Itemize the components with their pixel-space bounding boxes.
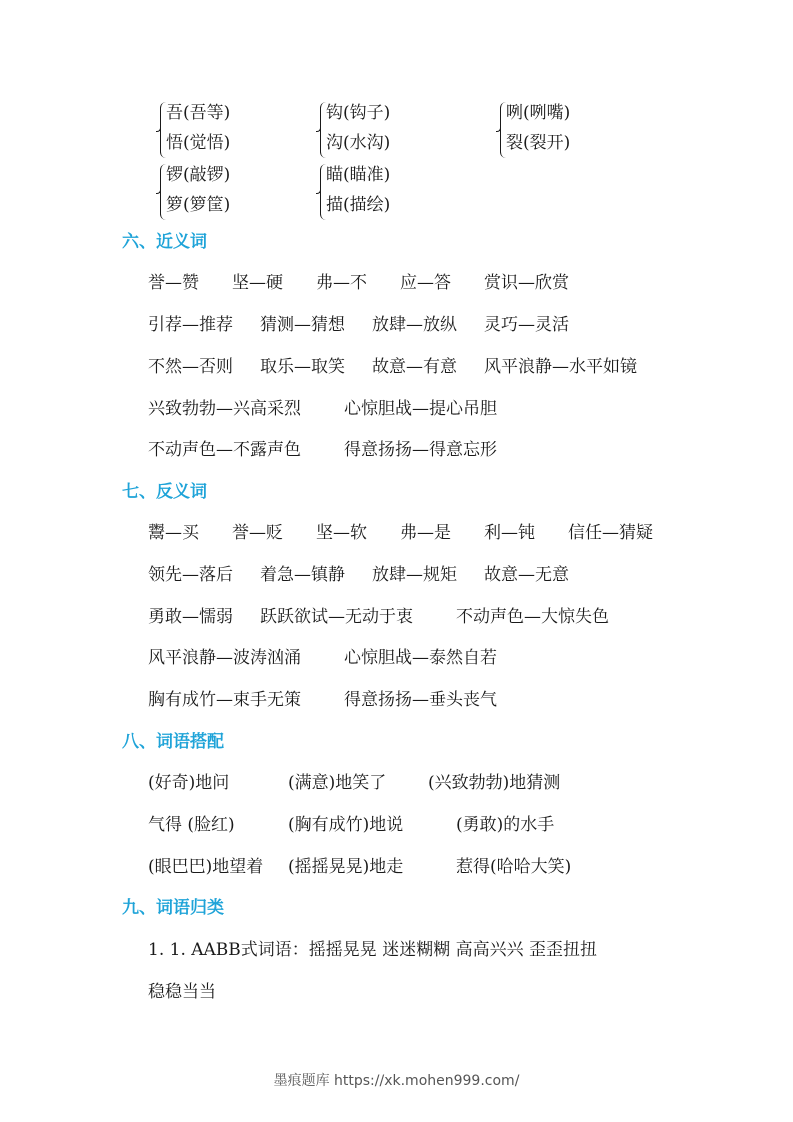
word-pair: 坚—软 — [316, 522, 367, 544]
document-page: 吾(吾等) 悟(觉悟) 钩(钩子) 沟(水沟) 咧(咧嘴) 裂(裂开) 锣(敲锣… — [0, 0, 793, 1122]
collocation: 气得 (脸红) — [148, 814, 235, 836]
polyphone-line: 瞄(瞄准) — [326, 165, 390, 185]
word-pair: 故意—有意 — [372, 356, 457, 378]
word-pair: 取乐—取笑 — [260, 356, 345, 378]
word-pair: 应—答 — [400, 272, 451, 294]
classification-line: 1. 1. AABB式词语：摇摇晃晃 迷迷糊糊 高高兴兴 歪歪扭扭 — [148, 939, 597, 961]
polyphone-line: 钩(钩子) — [326, 103, 390, 123]
word-pair: 放肆—放纵 — [372, 314, 457, 336]
word-pair: 跃跃欲试—无动于衷 — [260, 606, 413, 628]
word-pair: 利—钝 — [484, 522, 535, 544]
classification-line: 稳稳当当 — [148, 981, 216, 1003]
polyphone-line: 锣(敲锣) — [166, 165, 230, 185]
section-heading-classification: 九、词语归类 — [122, 897, 224, 919]
word-pair: 胸有成竹—束手无策 — [148, 689, 301, 711]
polyphone-line: 沟(水沟) — [326, 133, 390, 153]
word-pair: 放肆—规矩 — [372, 564, 457, 586]
word-pair: 引荐—推荐 — [148, 314, 233, 336]
word-pair: 灵巧—灵活 — [484, 314, 569, 336]
footer-watermark: 墨痕题库 https://xk.mohen999.com/ — [0, 1070, 793, 1090]
word-pair: 猜测—猜想 — [260, 314, 345, 336]
word-pair: 誉—贬 — [232, 522, 283, 544]
collocation: (摇摇晃晃)地走 — [288, 856, 403, 878]
word-pair: 弗—是 — [400, 522, 451, 544]
word-pair: 赏识—欣赏 — [484, 272, 569, 294]
word-pair: 誉—赞 — [148, 272, 199, 294]
word-pair: 不动声色—不露声色 — [148, 439, 301, 461]
section-heading-collocations: 八、词语搭配 — [122, 731, 224, 753]
polyphone-line: 咧(咧嘴) — [506, 103, 570, 123]
polyphone-line: 裂(裂开) — [506, 133, 570, 153]
collocation: (胸有成竹)地说 — [288, 814, 403, 836]
word-pair: 领先—落后 — [148, 564, 233, 586]
word-pair: 勇敢—懦弱 — [148, 606, 233, 628]
word-pair: 风平浪静—波涛汹涌 — [148, 647, 301, 669]
word-pair: 着急—镇静 — [260, 564, 345, 586]
word-pair: 心惊胆战—提心吊胆 — [344, 398, 497, 420]
collocation: (满意)地笑了 — [288, 772, 386, 794]
word-pair: 弗—不 — [316, 272, 367, 294]
word-pair: 得意扬扬—垂头丧气 — [344, 689, 497, 711]
word-pair: 鬻—买 — [148, 522, 199, 544]
collocation: (好奇)地问 — [148, 772, 229, 794]
polyphone-line: 描(描绘) — [326, 195, 390, 215]
section-heading-synonyms: 六、近义词 — [122, 231, 207, 253]
polyphone-line: 箩(箩筐) — [166, 195, 230, 215]
collocation: (眼巴巴)地望着 — [148, 856, 263, 878]
word-pair: 心惊胆战—泰然自若 — [344, 647, 497, 669]
word-pair: 得意扬扬—得意忘形 — [344, 439, 497, 461]
collocation: (兴致勃勃)地猜测 — [428, 772, 560, 794]
word-pair: 不然—否则 — [148, 356, 233, 378]
collocation: 惹得(哈哈大笑) — [456, 856, 571, 878]
polyphone-line: 吾(吾等) — [166, 103, 230, 123]
word-pair: 兴致勃勃—兴高采烈 — [148, 398, 301, 420]
word-pair: 风平浪静—水平如镜 — [484, 356, 637, 378]
word-pair: 不动声色—大惊失色 — [456, 606, 609, 628]
word-pair: 坚—硬 — [232, 272, 283, 294]
polyphone-line: 悟(觉悟) — [166, 133, 230, 153]
word-pair: 信任—猜疑 — [568, 522, 653, 544]
word-pair: 故意—无意 — [484, 564, 569, 586]
collocation: (勇敢)的水手 — [456, 814, 554, 836]
section-heading-antonyms: 七、反义词 — [122, 481, 207, 503]
